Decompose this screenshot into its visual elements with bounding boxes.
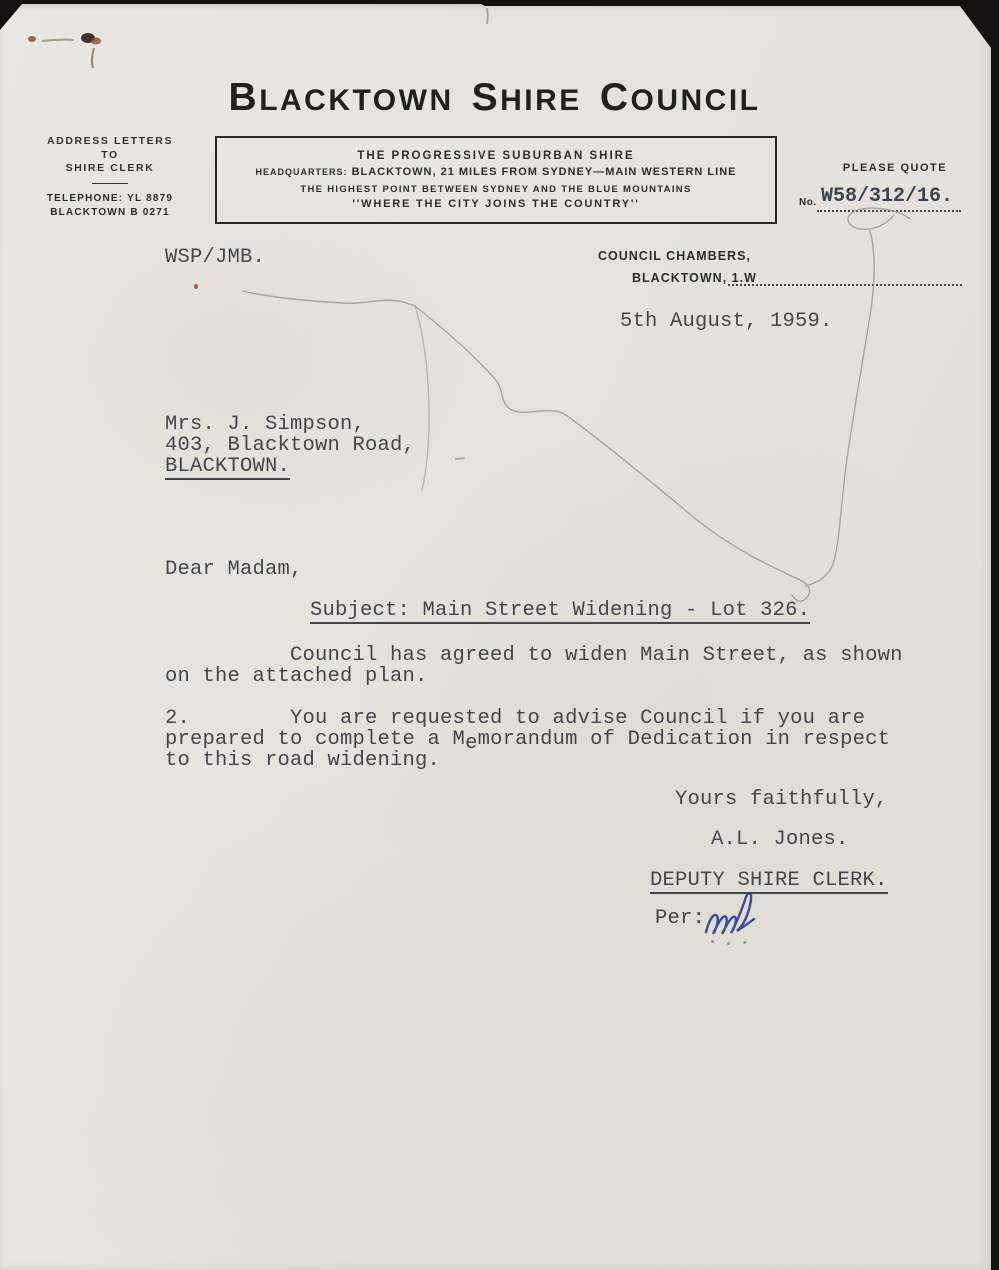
- pencil-scribble-marks: [0, 0, 999, 1270]
- scanned-letter-page: BlacktownShireCouncil ADDRESS LETTERS TO…: [0, 0, 999, 1270]
- red-ink-speck: [194, 284, 198, 289]
- staple-stain-marks: [20, 28, 120, 78]
